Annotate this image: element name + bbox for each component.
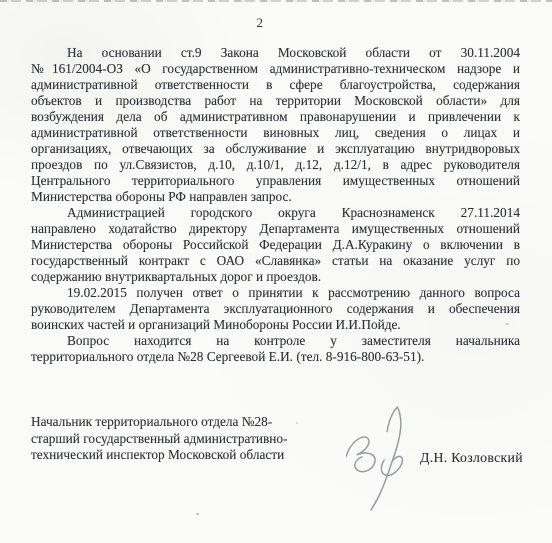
text-line: направлено ходатайство директору Департа… [31,221,520,237]
scan-speck [196,513,199,515]
paragraph-control-note: Вопрос находится на контроле у заместите… [31,333,520,365]
text-line: руководителем Департамента эксплуатацион… [31,301,520,317]
page-number: 2 [0,15,520,31]
text-line: содержанию внутриквартальных дорог и про… [31,269,520,285]
text-line: старший государственный административно- [31,431,361,448]
text-line: №161/2004-ОЗ «О государственном админист… [31,61,520,77]
signatory-title-block: Начальник территориального отдела №28-ст… [31,414,361,464]
text-line: Администрацией городского округа Красноз… [31,205,520,221]
text-line: Министерства обороны РФ направлен запрос… [31,189,520,205]
text-line: организациях, отвечающих за обслуживание… [31,141,520,157]
text-line: На основании ст.9 Закона Московской обла… [31,45,520,61]
signatory-name: Д.Н. Козловский [420,450,523,466]
scan-edge-artifact [0,0,552,2]
text-line: проездов по ул.Связистов, д.10, д.10/1, … [31,157,520,173]
text-line: Центрального территориального управления… [31,173,520,189]
text-line: возбуждения дела об административном пра… [31,109,520,125]
text-line: территориального отдела №28 Сергеевой Е.… [31,349,520,365]
text-line: государственный контракт с ОАО «Славянка… [31,253,520,269]
handwritten-signature [338,403,414,515]
scan-speck [505,323,509,325]
text-line: административной ответственности виновны… [31,125,520,141]
paragraph-administration-petition: Администрацией городского округа Красноз… [31,205,520,285]
text-line: административной ответственности в сфере… [31,77,520,93]
text-line: объектов и производства работ на террито… [31,93,520,109]
text-line: воинских частей и организаций Минобороны… [31,317,520,333]
text-line: Вопрос находится на контроле у заместите… [31,333,520,349]
letter-body: На основании ст.9 Закона Московской обла… [31,45,520,365]
text-line: 19.02.2015 получен ответ о принятии к ра… [31,285,520,301]
text-line: технический инспектор Московской области [31,447,361,464]
paragraph-reply-received: 19.02.2015 получен ответ о принятии к ра… [31,285,520,333]
text-line: Начальник территориального отдела №28- [31,414,361,431]
scan-speck [296,422,298,424]
paragraph-request-basis: На основании ст.9 Закона Московской обла… [31,45,520,205]
text-line: Министерства обороны Российской Федераци… [31,237,520,253]
